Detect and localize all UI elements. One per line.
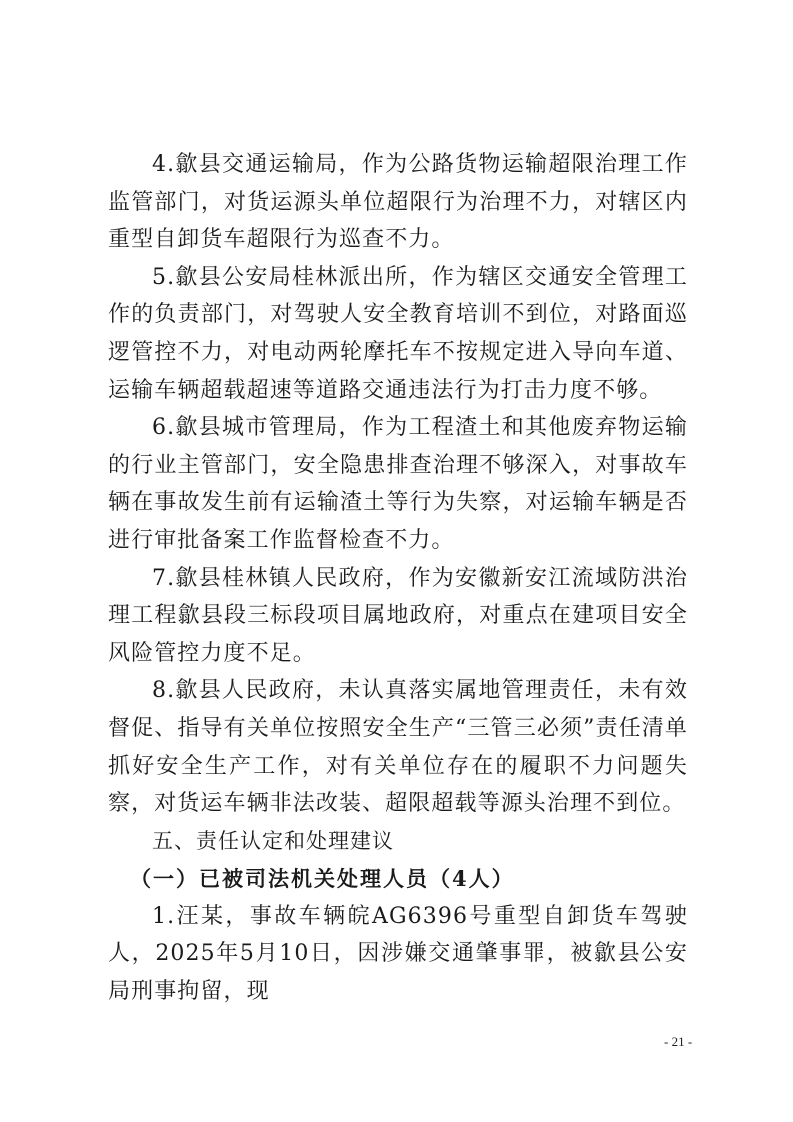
paragraph-item-5: 5.歙县公安局桂林派出所，作为辖区交通安全管理工作的负责部门，对驾驶人安全教育培… [108, 259, 688, 409]
paragraph-item-4: 4.歙县交通运输局，作为公路货物运输超限治理工作监管部门，对货运源头单位超限行为… [108, 146, 688, 259]
page-number: - 21 - [664, 1034, 692, 1050]
paragraph-item-7: 7.歙县桂林镇人民政府，作为安徽新安江流域防洪治理工程歙县段三标段项目属地政府，… [108, 560, 688, 673]
paragraph-item-6: 6.歙县城市管理局，作为工程渣土和其他废弃物运输的行业主管部门，安全隐患排查治理… [108, 409, 688, 559]
paragraph-item-8: 8.歙县人民政府，未认真落实属地管理责任，未有效督促、指导有关单位按照安全生产“… [108, 672, 688, 822]
paragraph-person-1: 1.汪某，事故车辆皖AG6396号重型自卸货车驾驶人，2025年5月10日，因涉… [108, 898, 688, 1011]
document-page: 4.歙县交通运输局，作为公路货物运输超限治理工作监管部门，对货运源头单位超限行为… [108, 146, 688, 1011]
section-heading: 五、责任认定和处理建议 [108, 823, 688, 861]
subsection-heading: （一）已被司法机关处理人员（4人） [108, 860, 688, 898]
